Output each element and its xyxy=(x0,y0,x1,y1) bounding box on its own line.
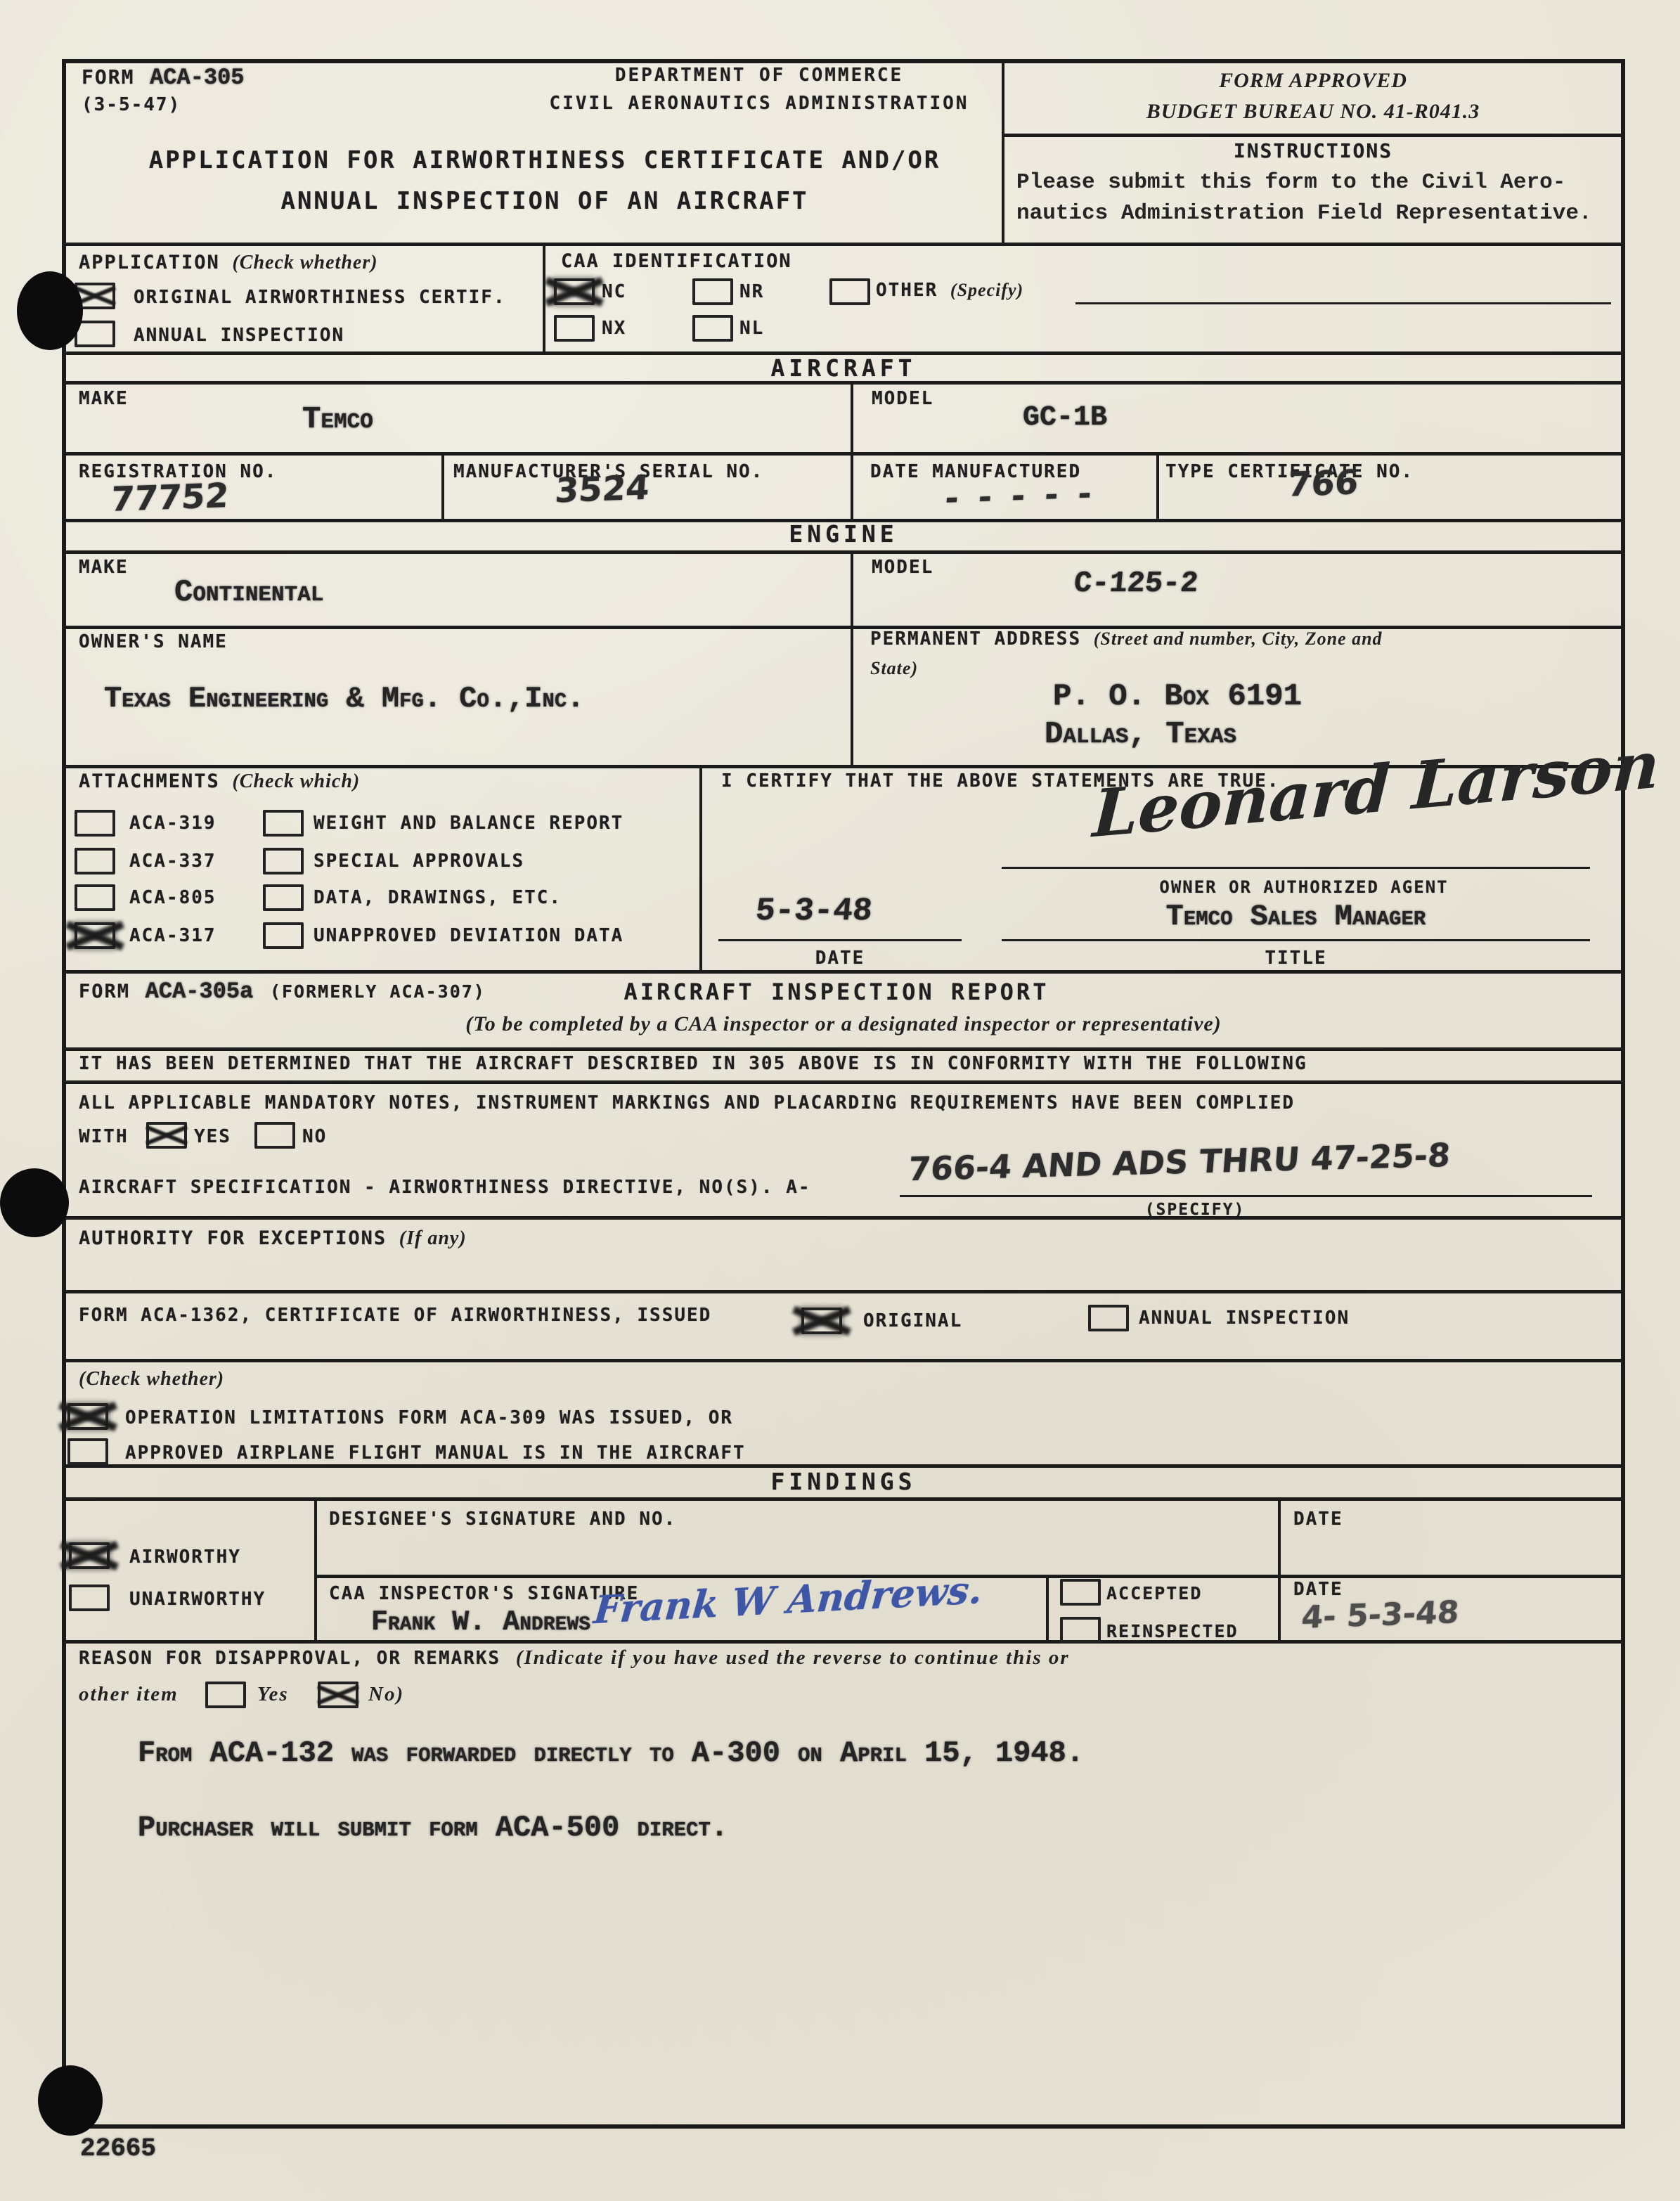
inspection-form-code: ACA-305a xyxy=(146,979,254,1005)
checkbox-aca-337[interactable] xyxy=(75,848,115,874)
application-label: APPLICATION xyxy=(79,252,220,273)
certify-date-label: DATE xyxy=(718,948,962,969)
instructions-line1: Please submit this form to the Civil Aer… xyxy=(1016,170,1565,195)
inspector-typed-name: Frank W. Andrews xyxy=(371,1607,590,1639)
address-hint2: State) xyxy=(870,658,918,679)
certify-date-value[interactable]: 5-3-48 xyxy=(754,893,874,929)
permanent-address-label: PERMANENT ADDRESS (Street and number, Ci… xyxy=(870,628,1383,650)
checkbox-aca-805[interactable] xyxy=(75,884,115,911)
checkbox-accepted[interactable] xyxy=(1060,1579,1101,1606)
divider-line xyxy=(62,1047,1625,1051)
findings-section-title: FINDINGS xyxy=(62,1468,1625,1495)
option-nx-label: NX xyxy=(602,318,626,339)
authority-label: AUTHORITY FOR EXCEPTIONS xyxy=(79,1227,387,1249)
divider-line xyxy=(1002,59,1004,243)
address-value-line2[interactable]: Dallas, Texas xyxy=(1045,717,1236,752)
divider-line xyxy=(699,765,702,970)
divider-line xyxy=(851,626,853,765)
aca-319-label: ACA-319 xyxy=(129,813,217,834)
issued-original-label: ORIGINAL xyxy=(863,1310,962,1331)
owner-agent-label: OWNER OR AUTHORIZED AGENT xyxy=(1033,877,1575,897)
findings-date1-label: DATE xyxy=(1293,1509,1343,1530)
checkbox-nx[interactable] xyxy=(554,315,595,342)
divider-line xyxy=(314,1497,317,1640)
inspection-report-title: AIRCRAFT INSPECTION REPORT xyxy=(450,979,1223,1005)
special-approvals-label: SPECIAL APPROVALS xyxy=(314,851,524,872)
punch-hole xyxy=(17,271,83,350)
divider-line xyxy=(851,550,853,626)
aca-1362-label: FORM ACA-1362, CERTIFICATE OF AIRWORTHIN… xyxy=(79,1305,711,1326)
operation-limitations-label: OPERATION LIMITATIONS FORM ACA-309 WAS I… xyxy=(125,1407,733,1428)
remarks-label: REASON FOR DISAPPROVAL, OR REMARKS xyxy=(79,1648,500,1669)
divider-line xyxy=(62,970,1625,974)
form-revision-date: (3-5-47) xyxy=(82,94,181,115)
remarks-body-line2[interactable]: Purchaser will submit form ACA-500 direc… xyxy=(138,1811,728,1845)
option-other-label: OTHER xyxy=(876,280,938,301)
application-hint: (Check whether) xyxy=(232,252,377,273)
check-whether-hint: (Check whether) xyxy=(79,1368,224,1390)
compliance-yes-label: YES xyxy=(194,1126,231,1147)
form-approved-line2: BUDGET BUREAU NO. 41-R041.3 xyxy=(1007,100,1620,124)
divider-line xyxy=(851,452,853,519)
airworthy-label: AIRWORTHY xyxy=(129,1547,241,1568)
inspection-report-subtitle: (To be completed by a CAA inspector or a… xyxy=(141,1012,1546,1036)
aircraft-model-label: MODEL xyxy=(872,388,933,409)
page-title-line1: APPLICATION FOR AIRWORTHINESS CERTIFICAT… xyxy=(91,146,998,174)
determined-statement: IT HAS BEEN DETERMINED THAT THE AIRCRAFT… xyxy=(79,1053,1307,1074)
checkbox-special-approvals[interactable] xyxy=(263,848,304,874)
caa-identification-label: CAA IDENTIFICATION xyxy=(561,250,792,272)
checkbox-compliance-no[interactable] xyxy=(254,1122,295,1149)
checkbox-reverse-yes[interactable] xyxy=(205,1682,246,1708)
divider-line xyxy=(62,243,1625,246)
divider-line xyxy=(1278,1497,1281,1640)
findings-date2-value[interactable]: 4- 5-3-48 xyxy=(1300,1594,1460,1636)
inspection-form-word: FORM xyxy=(79,981,130,1002)
inspection-form-number: FORM ACA-305a (FORMERLY ACA-307) xyxy=(79,979,486,1005)
aircraft-make-label: MAKE xyxy=(79,388,129,409)
option-original-airworthiness-label: ORIGINAL AIRWORTHINESS CERTIF. xyxy=(134,287,506,308)
instructions-title: INSTRUCTIONS xyxy=(1007,139,1620,162)
date-manufactured-value[interactable]: - - - - - xyxy=(944,474,1097,517)
divider-line xyxy=(1002,134,1625,137)
checkbox-weight-balance[interactable] xyxy=(263,810,304,837)
attachments-hint: (Check which) xyxy=(232,770,360,792)
form-number-word: FORM xyxy=(82,65,134,89)
checkbox-data-drawings[interactable] xyxy=(263,884,304,911)
divider-line xyxy=(62,550,1625,554)
type-certificate-value[interactable]: 766 xyxy=(1286,463,1359,504)
spec-blank-line xyxy=(900,1195,1592,1197)
weight-balance-label: WEIGHT AND BALANCE REPORT xyxy=(314,813,623,834)
form-approved-line1: FORM APPROVED xyxy=(1007,69,1620,93)
attachments-section-label: ATTACHMENTS (Check which) xyxy=(79,770,360,793)
checkbox-reinspected[interactable] xyxy=(1060,1617,1101,1644)
scanned-form-page: FORM ACA-305 (3-5-47) DEPARTMENT OF COMM… xyxy=(0,0,1680,2201)
authority-exceptions-label: AUTHORITY FOR EXCEPTIONS (If any) xyxy=(79,1227,467,1250)
option-annual-inspection-label: ANNUAL INSPECTION xyxy=(134,325,344,346)
checkbox-aca-319[interactable] xyxy=(75,810,115,837)
divider-line xyxy=(543,243,545,351)
attachments-label: ATTACHMENTS xyxy=(79,770,220,792)
checkbox-issued-annual[interactable] xyxy=(1088,1305,1129,1331)
signature-line xyxy=(1002,867,1590,869)
title-line xyxy=(1002,939,1590,941)
aircraft-model-value[interactable]: GC-1B xyxy=(1023,402,1107,434)
checkbox-flight-manual[interactable] xyxy=(67,1438,108,1465)
compliance-no-label: NO xyxy=(302,1126,327,1147)
checkbox-other[interactable] xyxy=(829,278,870,305)
registration-no-value[interactable]: 77752 xyxy=(110,476,230,519)
divider-line xyxy=(62,626,1625,629)
designee-signature-label: DESIGNEE'S SIGNATURE AND NO. xyxy=(329,1509,676,1530)
owner-name-label: OWNER'S NAME xyxy=(79,631,228,652)
authority-hint: (If any) xyxy=(399,1227,467,1249)
checkbox-unapproved-deviation[interactable] xyxy=(263,922,304,949)
instructions-line2: nautics Administration Field Representat… xyxy=(1016,201,1592,226)
option-nc-label: NC xyxy=(602,281,626,302)
checkbox-issued-original[interactable] xyxy=(801,1308,842,1334)
checkbox-airworthy[interactable] xyxy=(69,1542,110,1569)
divider-line xyxy=(441,452,444,519)
findings-date2-label: DATE xyxy=(1293,1579,1343,1600)
address-hint1: (Street and number, City, Zone and xyxy=(1094,628,1383,649)
specify-hint: (SPECIFY) xyxy=(1097,1201,1293,1219)
checkbox-nl[interactable] xyxy=(692,315,733,342)
option-other-hint: (Specify) xyxy=(950,280,1023,300)
engine-model-value[interactable]: C-125-2 xyxy=(1073,567,1200,600)
reverse-yes-label: Yes xyxy=(257,1683,289,1706)
remarks-body-line1[interactable]: From ACA-132 was forwarded directly to A… xyxy=(138,1736,1084,1770)
aircraft-section-title: AIRCRAFT xyxy=(62,354,1625,382)
divider-line xyxy=(62,1290,1625,1293)
checkbox-compliance-yes[interactable] xyxy=(146,1122,187,1149)
remarks-hint1: (Indicate if you have used the reverse t… xyxy=(516,1646,1070,1669)
divider-line xyxy=(851,381,853,452)
checkbox-operation-limitations[interactable] xyxy=(67,1403,108,1430)
remarks-section-label: REASON FOR DISAPPROVAL, OR REMARKS (Indi… xyxy=(79,1646,1070,1670)
checkbox-unairworthy[interactable] xyxy=(69,1584,110,1611)
checkbox-nc[interactable] xyxy=(554,278,595,305)
checkbox-reverse-no[interactable] xyxy=(318,1682,358,1708)
owner-name-value[interactable]: Texas Engineering & Mfg. Co.,Inc. xyxy=(104,682,585,716)
aca-805-label: ACA-805 xyxy=(129,887,217,908)
divider-line xyxy=(62,1216,1625,1220)
option-other: OTHER (Specify) xyxy=(876,280,1023,301)
option-nl-label: NL xyxy=(739,318,764,339)
checkbox-nr[interactable] xyxy=(692,278,733,305)
form-number-code: ACA-305 xyxy=(150,65,244,91)
reinspected-label: REINSPECTED xyxy=(1106,1621,1239,1641)
remarks-hint2: other item xyxy=(79,1683,179,1706)
engine-make-value[interactable]: Continental xyxy=(174,575,323,610)
aca-337-label: ACA-337 xyxy=(129,851,217,872)
option-nr-label: NR xyxy=(739,281,764,302)
data-drawings-label: DATA, DRAWINGS, ETC. xyxy=(314,887,562,908)
other-specify-blank-line[interactable] xyxy=(1075,302,1611,304)
divider-line xyxy=(1156,452,1159,519)
punch-hole xyxy=(38,2065,103,2136)
checkbox-aca-317[interactable] xyxy=(75,922,115,949)
serial-no-value[interactable]: 3524 xyxy=(554,468,651,511)
accepted-label: ACCEPTED xyxy=(1106,1583,1202,1603)
spec-directive-label: AIRCRAFT SPECIFICATION - AIRWORTHINESS D… xyxy=(79,1177,811,1198)
engine-model-label: MODEL xyxy=(872,557,933,578)
compliance-statement: ALL APPLICABLE MANDATORY NOTES, INSTRUME… xyxy=(79,1092,1295,1114)
caa-inspector-label: CAA INSPECTOR'S SIGNATURE xyxy=(329,1583,639,1604)
certify-title-label: TITLE xyxy=(1002,948,1590,969)
engine-section-title: ENGINE xyxy=(62,520,1625,548)
form-number: FORM ACA-305 xyxy=(82,65,245,91)
issued-annual-label: ANNUAL INSPECTION xyxy=(1139,1308,1350,1329)
punch-hole xyxy=(0,1168,69,1237)
aca-317-label: ACA-317 xyxy=(129,925,217,946)
divider-line xyxy=(62,452,1625,456)
aircraft-make-value[interactable]: Temco xyxy=(302,402,373,437)
divider-line xyxy=(1046,1575,1049,1640)
with-label: WITH xyxy=(79,1126,129,1147)
divider-line xyxy=(62,1359,1625,1362)
unairworthy-label: UNAIRWORTHY xyxy=(129,1589,266,1610)
address-label: PERMANENT ADDRESS xyxy=(870,628,1081,650)
page-title-line2: ANNUAL INSPECTION OF AN AIRCRAFT xyxy=(91,187,998,215)
divider-line xyxy=(62,1497,1625,1501)
certify-title-value[interactable]: Temco Sales Manager xyxy=(1002,900,1590,934)
flight-manual-label: APPROVED AIRPLANE FLIGHT MANUAL IS IN TH… xyxy=(125,1442,746,1464)
divider-line xyxy=(62,1640,1625,1644)
address-value-line1[interactable]: P. O. Box 6191 xyxy=(1053,679,1302,714)
application-section-label: APPLICATION (Check whether) xyxy=(79,252,378,274)
divider-line xyxy=(62,1080,1625,1084)
serial-stamp: 22665 xyxy=(80,2134,156,2163)
unapproved-deviation-label: UNAPPROVED DEVIATION DATA xyxy=(314,925,623,946)
date-line xyxy=(718,939,962,941)
reverse-no-label: No) xyxy=(368,1683,404,1706)
engine-make-label: MAKE xyxy=(79,557,129,578)
